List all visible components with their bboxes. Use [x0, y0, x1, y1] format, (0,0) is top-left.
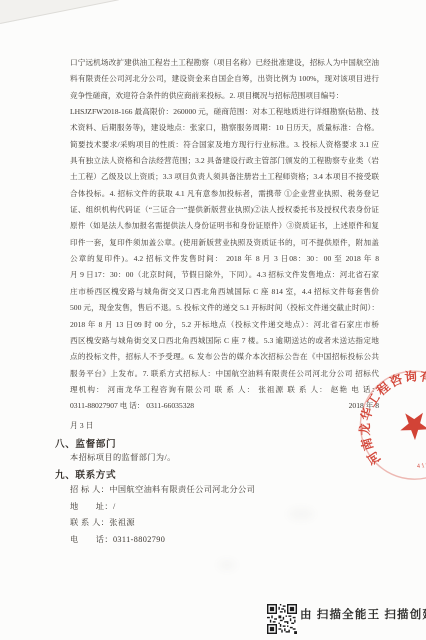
body-line: 土工程）乙级及以上资质；3.3 项目负责人须具备注册岩土工程师资格；3.4 本项… [70, 169, 379, 185]
phone-numbers-text: 0311-88027907 电 话： 0311-66035328 [70, 398, 194, 414]
body-line: 2018 年 8 月 13 日09 时 00 分，5.2 开标地点（投标文件递交… [70, 317, 379, 333]
body-line: 证、组织机构代码证（“三证合一”提供新版营业执照)②法人授权委托书及授权代表身份… [70, 202, 379, 218]
contact-person: 联 系 人：张祖源 [70, 517, 135, 528]
supervision-department-text: 本招标项目的监督部门为/。 [70, 452, 176, 463]
contact-phone: 电 话：0311-8802790 [70, 534, 165, 545]
date-day-line: 月 3 日 [70, 417, 379, 434]
announcement-body: 口宁远机场改扩建供油工程岩土工程勘察（项目名称）已经批准建设，招标人为中国航空油… [70, 55, 379, 434]
scanned-document-page: 口宁远机场改扩建供油工程岩土工程勘察（项目名称）已经批准建设，招标人为中国航空油… [0, 0, 426, 640]
body-line: 合体投标。4. 招标文件的获取 4.1 凡有意参加投标者，需携带 ①企业营业执照… [70, 186, 379, 202]
contact-tenderer: 招 标 人：中国航空油料有限责任公司河北分公司 [70, 484, 255, 495]
body-line: 理机构： 河南龙华工程咨询有限公司 联 系 人： 张祖源 联 系 人： 赵艳 电… [70, 382, 379, 398]
svg-text:4109811318: 4109811318 [414, 437, 426, 477]
body-line: 500 元，现金发售，售后不退。5. 投标文件的递交 5.1 开标时间（投标文件… [70, 300, 379, 316]
scanner-credit-text: 由 扫描全能王 扫描创建 [300, 606, 426, 622]
body-line: 竞争性磋商，欢迎符合条件的供应商前来投标。2. 项目概况与招标范围项目编号： [70, 88, 379, 104]
body-line: 口宁远机场改扩建供油工程岩土工程勘察（项目名称）已经批准建设，招标人为中国航空油 [70, 55, 379, 71]
section-heading-supervision: 八、监督部门 [55, 436, 116, 450]
body-line: 点的投标文件，招标人不予受理。6. 发布公告的媒介本次招标公告在《中国招标投标公… [70, 349, 379, 365]
body-line: LHSJZFW2018-166 最高限价：260000 元，磋商范围：对本工程地… [70, 104, 379, 120]
seal-star-icon [394, 405, 426, 444]
qr-code-icon [267, 604, 297, 634]
body-line: 料有限责任公司河北分公司，建设资金来自国企自筹，出资比例为 100%，现对该项目… [70, 71, 379, 87]
body-line: 印件一套，复印件须加盖公章。(使用新版营业执照及资质证书的，可不提供原件，附加盖 [70, 235, 379, 251]
phone-and-date-line: 0311-88027907 电 话： 0311-66035328 2018 年 … [70, 398, 379, 414]
scan-smudge [218, 560, 236, 570]
body-line: 简要技术要求/采购项目的性质：符合国家及地方现行行业标准。3. 投标人资格要求 … [70, 137, 379, 153]
body-line: 西区槐安路与城角街交叉口西北角西城国际 C 座 7 楼。5.3 逾期送达的或者未… [70, 333, 379, 349]
seal-number: 4109811318 [414, 437, 426, 477]
body-line: 术资料、后期服务等)，建设地点：张家口，勘察服务周期：10 日历天，质量标准：合… [70, 120, 379, 136]
date-year-month: 2018 年 8 [349, 398, 379, 414]
body-line: 具有独立法人资格和合法经营范围；3.2 具备建设行政主管部门颁发的工程勘察专业类… [70, 153, 379, 169]
body-line: 公章的复印件)。4.2 招标文件发售时间： 2018 年 8 月 3 日08：3… [70, 251, 379, 267]
body-line: 原件（如是法人参加报名需提供法人身份证明书和身份证原件）③资质证书，上述原件和复 [70, 218, 379, 234]
body-line: 服务平台》上发布。7. 联系方式招标人：中国航空油料有限责任公司河北分公司 招标… [70, 366, 379, 382]
scan-smudge [288, 508, 314, 520]
section-heading-contact: 九、联系方式 [55, 467, 116, 481]
body-line: 月 9 日17：30：00（北京时间，节假日除外，下同）。4.3 招标文件发售地… [70, 267, 379, 283]
body-line: 庄市桥西区槐安路与城角街交叉口西北角西城国际 C 座 814 室，4.4 招标文… [70, 284, 379, 300]
contact-address: 地 址：/ [70, 501, 116, 512]
